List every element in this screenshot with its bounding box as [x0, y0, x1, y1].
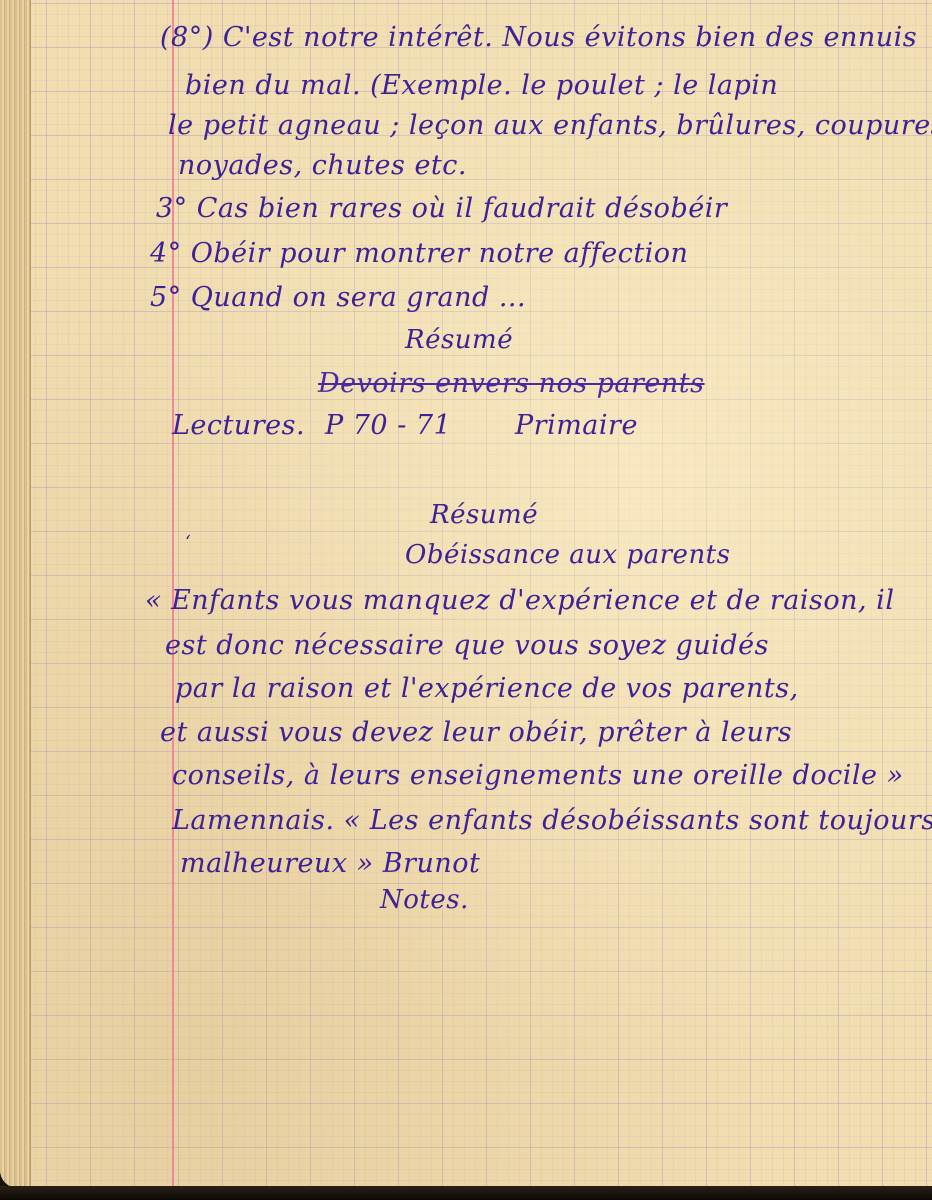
- page-edge-stack: [0, 0, 31, 1188]
- quote-line: « Enfants vous manquez d'expérience et d…: [145, 585, 894, 616]
- heading-notes: Notes.: [380, 885, 469, 915]
- heading-resume: Résumé: [430, 500, 538, 530]
- lectures-pages: P 70 - 71: [325, 410, 451, 441]
- quote-line: et aussi vous devez leur obéir, prêter à…: [160, 717, 792, 748]
- text-line: le petit agneau ; leçon aux enfants, brû…: [168, 110, 932, 141]
- quote-line: par la raison et l'expérience de vos par…: [175, 673, 799, 704]
- struck-through-title: Devoirs envers nos parents: [318, 368, 705, 399]
- lectures-book: Primaire: [515, 410, 638, 441]
- text-line: 4° Obéir pour montrer notre affection: [150, 238, 688, 269]
- quote-line: conseils, à leurs enseignements une orei…: [172, 760, 904, 791]
- text-line: noyades, chutes etc.: [178, 150, 467, 181]
- quote-line: est donc nécessaire que vous soyez guidé…: [165, 630, 769, 661]
- stray-mark: ‘: [185, 532, 191, 553]
- text-line: bien du mal. (Exemple. le poulet ; le la…: [185, 70, 778, 101]
- subtitle: Obéissance aux parents: [405, 540, 730, 570]
- text-line: 3° Cas bien rares où il faudrait désobéi…: [156, 193, 727, 224]
- text-line: 5° Quand on sera grand ...: [150, 282, 526, 313]
- lectures-label: Lectures.: [172, 410, 305, 441]
- notebook-bottom-shadow: [0, 1186, 932, 1200]
- heading-resume: Résumé: [405, 325, 513, 355]
- quote-line: malheureux » Brunot: [180, 848, 480, 879]
- text-line: (8°) C'est notre intérêt. Nous évitons b…: [160, 22, 917, 53]
- quote-line: Lamennais. « Les enfants désobéissants s…: [172, 805, 932, 836]
- notebook-page: (8°) C'est notre intérêt. Nous évitons b…: [0, 0, 932, 1188]
